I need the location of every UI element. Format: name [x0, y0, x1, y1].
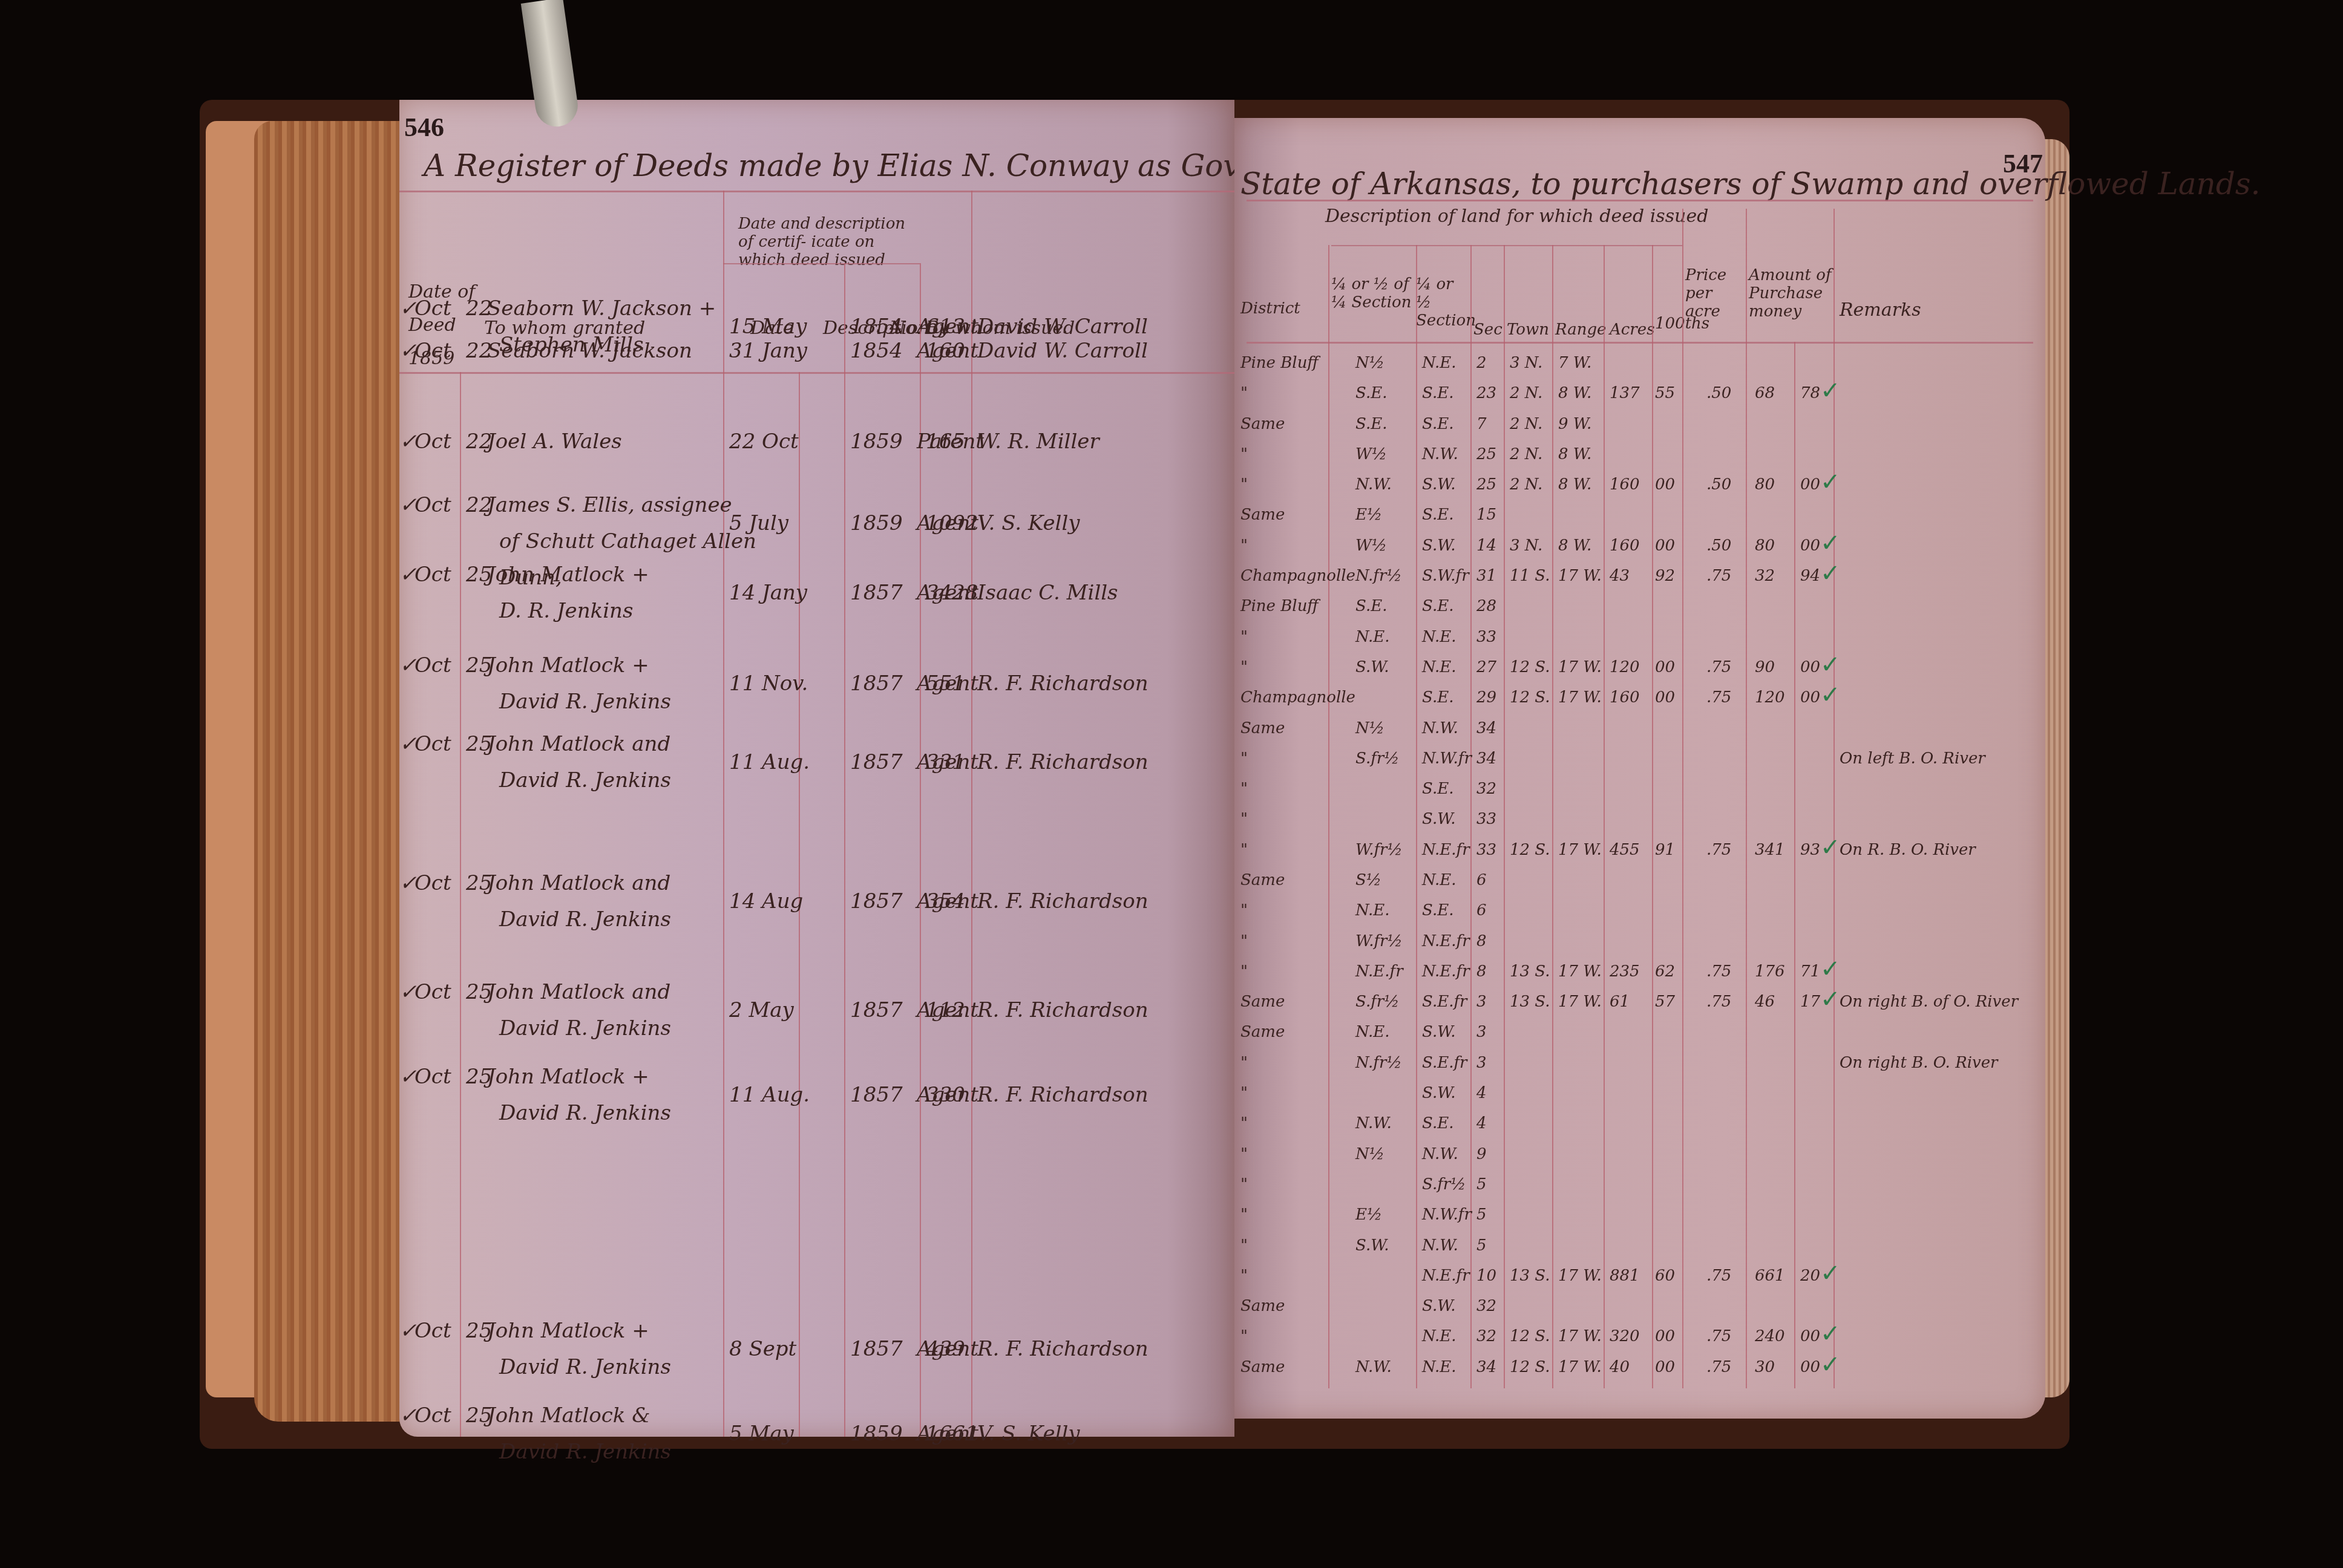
section: 29 — [1476, 688, 1496, 707]
section: 3 — [1476, 993, 1487, 1011]
purchase-amount: 80 — [1755, 537, 1775, 555]
range: 8 W. — [1558, 537, 1591, 555]
cert-date: 14 Jany — [729, 581, 807, 605]
cert-year: 1857 — [850, 581, 903, 605]
price-per-acre: .50 — [1706, 475, 1731, 494]
cert-date: 5 July — [729, 511, 788, 535]
township: 12 S. — [1510, 841, 1550, 859]
green-check-icon: ✓ — [1820, 468, 1841, 496]
title-rule — [1247, 200, 2033, 201]
quarter-of-quarter: S.E. — [1355, 415, 1387, 433]
acres: 160 — [1610, 475, 1640, 494]
cert-year: 1857 — [850, 750, 903, 774]
section: 34 — [1476, 1358, 1496, 1376]
grantee-name: of Schutt Cathaget Allen — [499, 529, 756, 554]
quarter: S.W. — [1422, 537, 1456, 555]
range: 7 W. — [1558, 354, 1591, 372]
acres: 235 — [1610, 962, 1640, 981]
cert-year: 1859 — [850, 511, 903, 535]
quarter: S.W. — [1422, 1297, 1456, 1315]
section: 33 — [1476, 628, 1496, 646]
district: " — [1240, 658, 1248, 676]
cert-number: 613 — [926, 315, 965, 339]
section: 7 — [1476, 415, 1487, 433]
deed-month: Oct — [415, 493, 451, 517]
purchase-amount: 46 — [1755, 993, 1775, 1011]
grantee-name: John Matlock & — [487, 1403, 650, 1428]
cert-date: 31 Jany — [729, 339, 807, 363]
green-check-icon: ✓ — [1820, 560, 1841, 587]
section: 25 — [1476, 475, 1496, 494]
quarter: S.E. — [1422, 1114, 1453, 1132]
cert-number: 354 — [926, 889, 965, 913]
district: Same — [1240, 506, 1285, 524]
township: 12 S. — [1510, 1358, 1550, 1376]
district: " — [1240, 1327, 1248, 1345]
district: " — [1240, 962, 1248, 981]
quarter: N.E.fr — [1422, 1267, 1470, 1285]
quarter: N.E. — [1422, 628, 1457, 646]
range: 17 W. — [1558, 993, 1602, 1011]
section: 34 — [1476, 719, 1496, 737]
header-land-group: Description of land for which deed issue… — [1325, 206, 1708, 227]
range: 17 W. — [1558, 841, 1602, 859]
purchase-cents: 00 — [1800, 658, 1820, 676]
grantee-name: John Matlock + — [487, 1065, 649, 1089]
price-per-acre: .50 — [1706, 384, 1731, 402]
district: Pine Bluff — [1240, 597, 1319, 615]
purchase-cents: 17 — [1800, 993, 1820, 1011]
col-divider — [1416, 245, 1417, 1388]
cert-year: 1857 — [850, 998, 903, 1022]
quarter: N.W.fr — [1422, 750, 1472, 768]
acres: 160 — [1610, 688, 1640, 707]
section: 23 — [1476, 384, 1496, 402]
section: 32 — [1476, 780, 1496, 798]
quarter-of-quarter: N.E. — [1355, 628, 1390, 646]
price-per-acre: .75 — [1706, 1358, 1731, 1376]
header-remarks: Remarks — [1840, 299, 1921, 321]
issued-by: R. F. Richardson — [977, 750, 1149, 774]
district: " — [1240, 384, 1248, 402]
section: 32 — [1476, 1297, 1496, 1315]
quarter-of-quarter: E½ — [1355, 1206, 1382, 1224]
grantee-name: Joel A. Wales — [487, 430, 622, 454]
quarter: S.W. — [1422, 1084, 1456, 1102]
quarter-of-quarter: S.E. — [1355, 597, 1387, 615]
quarter: S.E. — [1422, 384, 1453, 402]
header-rule — [399, 372, 1234, 374]
district: Champagnolle — [1240, 567, 1355, 585]
page-number-left: 546 — [404, 112, 444, 143]
quarter-of-quarter: N½ — [1355, 1145, 1384, 1163]
col-divider — [723, 191, 724, 1437]
range: 17 W. — [1558, 1327, 1602, 1345]
district: " — [1240, 1114, 1248, 1132]
quarter: S.E.fr — [1422, 1054, 1467, 1072]
cert-date: 11 Nov. — [729, 671, 808, 696]
district: " — [1240, 750, 1248, 768]
cert-year: 1857 — [850, 671, 903, 696]
header-town: Town — [1507, 321, 1549, 339]
issued-by: V. S. Kelly — [977, 511, 1080, 535]
green-check-icon: ✓ — [1820, 1259, 1841, 1287]
cert-year: 1857 — [850, 1337, 903, 1361]
district: " — [1240, 1054, 1248, 1072]
acres: 160 — [1610, 537, 1640, 555]
quarter: S.E. — [1422, 415, 1453, 433]
quarter: N.W. — [1422, 719, 1458, 737]
price-per-acre: .75 — [1706, 567, 1731, 585]
quarter-of-quarter: S½ — [1355, 871, 1381, 889]
quarter-of-quarter: N.W. — [1355, 1358, 1392, 1376]
range: 8 W. — [1558, 475, 1591, 494]
quarter: S.W.fr — [1422, 567, 1469, 585]
section: 8 — [1476, 962, 1487, 981]
land-group-rule — [1331, 245, 1682, 246]
remarks: On R. B. O. River — [1840, 841, 1976, 859]
header-acres: Acres — [1610, 321, 1655, 339]
township: 2 N. — [1510, 445, 1542, 463]
col-divider — [1328, 245, 1329, 1388]
col-divider — [1794, 342, 1795, 1388]
col-divider — [971, 191, 972, 1437]
range: 17 W. — [1558, 1267, 1602, 1285]
grantee-name: David R. Jenkins — [499, 690, 671, 714]
section: 34 — [1476, 750, 1496, 768]
range: 17 W. — [1558, 567, 1602, 585]
deed-month: Oct — [415, 430, 451, 454]
quarter-of-quarter: N½ — [1355, 719, 1384, 737]
quarter: S.E. — [1422, 780, 1453, 798]
section: 15 — [1476, 506, 1496, 524]
issued-by: Isaac C. Mills — [977, 581, 1118, 605]
quarter-of-quarter: E½ — [1355, 506, 1382, 524]
quarter-of-quarter: N.fr½ — [1355, 1054, 1402, 1072]
col-divider — [1652, 245, 1653, 1388]
district: " — [1240, 1267, 1248, 1285]
cert-number: 439 — [926, 1337, 965, 1361]
acres: 455 — [1610, 841, 1640, 859]
section: 6 — [1476, 901, 1487, 920]
township: 3 N. — [1510, 354, 1542, 372]
district: " — [1240, 537, 1248, 555]
cert-number: 165 — [926, 430, 965, 454]
section: 9 — [1476, 1145, 1487, 1163]
purchase-amount: 176 — [1755, 962, 1785, 981]
cert-date: 8 Sept — [729, 1337, 796, 1361]
purchase-cents: 93 — [1800, 841, 1820, 859]
quarter: S.fr½ — [1422, 1175, 1466, 1194]
acres: 43 — [1610, 567, 1630, 585]
township: 12 S. — [1510, 658, 1550, 676]
cert-date: 15 May — [729, 315, 807, 339]
quarter-of-quarter: S.W. — [1355, 658, 1389, 676]
section: 27 — [1476, 658, 1496, 676]
acres-hundredths: 92 — [1655, 567, 1675, 585]
acres: 120 — [1610, 658, 1640, 676]
acres: 137 — [1610, 384, 1640, 402]
grantee-name: David R. Jenkins — [499, 1355, 671, 1379]
section: 32 — [1476, 1327, 1496, 1345]
acres-hundredths: 00 — [1655, 475, 1675, 494]
header-rule — [1247, 342, 2033, 344]
acres-hundredths: 62 — [1655, 962, 1675, 981]
cert-number: 1092 — [926, 511, 978, 535]
deed-month: Oct — [415, 1403, 451, 1428]
section: 4 — [1476, 1114, 1487, 1132]
grantee-name: James S. Ellis, assignee — [487, 493, 732, 517]
grantee-name: David R. Jenkins — [499, 1016, 671, 1040]
district: " — [1240, 1084, 1248, 1102]
grantee-name: David R. Jenkins — [499, 1440, 671, 1464]
section: 5 — [1476, 1175, 1487, 1194]
cert-number: 112 — [926, 998, 965, 1022]
price-per-acre: .75 — [1706, 688, 1731, 707]
deed-month: Oct — [415, 732, 451, 756]
district: " — [1240, 810, 1248, 828]
col-divider — [1682, 209, 1683, 1388]
range: 8 W. — [1558, 384, 1591, 402]
green-check-icon: ✓ — [1820, 955, 1841, 983]
price-per-acre: .75 — [1706, 841, 1731, 859]
quarter: N.E. — [1422, 1358, 1457, 1376]
header-quarter-of-quarter: ¼ or ½ of ¼ Section — [1331, 275, 1416, 312]
quarter-of-quarter: N½ — [1355, 354, 1384, 372]
purchase-amount: 661 — [1755, 1267, 1785, 1285]
purchase-amount: 80 — [1755, 475, 1775, 494]
district: " — [1240, 1206, 1248, 1224]
cert-year: 1859 — [850, 430, 903, 454]
purchase-amount: 120 — [1755, 688, 1785, 707]
section: 8 — [1476, 932, 1487, 950]
township: 2 N. — [1510, 415, 1542, 433]
green-check-icon: ✓ — [1820, 651, 1841, 679]
remarks: On left B. O. River — [1840, 750, 1985, 768]
district: Pine Bluff — [1240, 354, 1319, 372]
acres-hundredths: 91 — [1655, 841, 1675, 859]
section: 3 — [1476, 1054, 1487, 1072]
issued-by: David W. Carroll — [977, 315, 1148, 339]
quarter: N.E.fr — [1422, 962, 1470, 981]
purchase-cents: 00 — [1800, 1327, 1820, 1345]
col-divider — [844, 263, 845, 1437]
section: 33 — [1476, 841, 1496, 859]
district: " — [1240, 841, 1248, 859]
cert-number: 551 — [926, 671, 965, 696]
section: 3 — [1476, 1023, 1487, 1041]
quarter-of-quarter: W.fr½ — [1355, 932, 1403, 950]
quarter: N.E. — [1422, 354, 1457, 372]
purchase-amount: 90 — [1755, 658, 1775, 676]
price-per-acre: .75 — [1706, 1327, 1731, 1345]
section: 31 — [1476, 567, 1496, 585]
deed-month: Oct — [415, 653, 451, 678]
acres-hundredths: 00 — [1655, 688, 1675, 707]
district: Same — [1240, 415, 1285, 433]
quarter: N.E.fr — [1422, 841, 1470, 859]
district: Champagnolle — [1240, 688, 1355, 707]
acres: 320 — [1610, 1327, 1640, 1345]
issued-by: W. R. Miller — [977, 430, 1099, 454]
cert-number: 331 — [926, 750, 965, 774]
grantee-name: D. R. Jenkins — [499, 599, 633, 623]
cert-year: 1859 — [850, 1422, 903, 1446]
quarter-of-quarter: S.fr½ — [1355, 993, 1399, 1011]
cert-year: 1854 — [850, 339, 903, 363]
green-check-icon: ✓ — [1820, 377, 1841, 405]
section: 33 — [1476, 810, 1496, 828]
purchase-cents: 00 — [1800, 537, 1820, 555]
section: 14 — [1476, 537, 1496, 555]
township: 3 N. — [1510, 537, 1542, 555]
green-check-icon: ✓ — [1820, 985, 1841, 1013]
township: 13 S. — [1510, 1267, 1550, 1285]
quarter-of-quarter: N.E. — [1355, 1023, 1390, 1041]
acres: 881 — [1610, 1267, 1640, 1285]
page-stack — [254, 121, 405, 1422]
header-cert-group: Date and description of certif- icate on… — [738, 215, 920, 269]
district: " — [1240, 780, 1248, 798]
district: Same — [1240, 1358, 1285, 1376]
quarter: N.E. — [1422, 658, 1457, 676]
quarter-of-quarter: S.E. — [1355, 384, 1387, 402]
cert-date: 11 Aug. — [729, 1083, 810, 1107]
quarter-of-quarter: N.E. — [1355, 901, 1390, 920]
deed-month: Oct — [415, 980, 451, 1004]
issued-by: R. F. Richardson — [977, 1083, 1149, 1107]
deed-month: Oct — [415, 563, 451, 587]
issued-by: R. F. Richardson — [977, 998, 1149, 1022]
quarter: S.W. — [1422, 1023, 1456, 1041]
cert-number: 160 — [926, 339, 965, 363]
purchase-amount: 68 — [1755, 384, 1775, 402]
quarter: S.E.fr — [1422, 993, 1467, 1011]
purchase-amount: 341 — [1755, 841, 1785, 859]
col-divider — [1604, 245, 1605, 1388]
quarter: S.E. — [1422, 688, 1453, 707]
cert-date: 5 May — [729, 1422, 794, 1446]
section: 10 — [1476, 1267, 1496, 1285]
left-page: 546 A Register of Deeds made by Elias N.… — [399, 100, 1234, 1437]
purchase-cents: 78 — [1800, 384, 1820, 402]
green-check-icon: ✓ — [1820, 1351, 1841, 1379]
acres-hundredths: 57 — [1655, 993, 1675, 1011]
district: " — [1240, 445, 1248, 463]
cert-date: 11 Aug. — [729, 750, 810, 774]
deed-month: Oct — [415, 871, 451, 895]
quarter-of-quarter: N.W. — [1355, 475, 1392, 494]
quarter: N.W. — [1422, 445, 1458, 463]
right-page: 547 State of Arkansas, to purchasers of … — [1234, 118, 2045, 1419]
purchase-amount: 30 — [1755, 1358, 1775, 1376]
range: 17 W. — [1558, 688, 1602, 707]
grantee-name: Seaborn W. Jackson — [487, 339, 692, 363]
range: 9 W. — [1558, 415, 1591, 433]
acres-hundredths: 00 — [1655, 537, 1675, 555]
district: " — [1240, 628, 1248, 646]
grantee-name: John Matlock + — [487, 1319, 649, 1343]
purchase-cents: 94 — [1800, 567, 1820, 585]
district: Same — [1240, 1297, 1285, 1315]
header-price: Price per acre — [1685, 266, 1746, 321]
district: " — [1240, 1175, 1248, 1194]
price-per-acre: .75 — [1706, 993, 1731, 1011]
green-check-icon: ✓ — [1820, 1320, 1841, 1348]
grantee-name: John Matlock and — [487, 980, 670, 1004]
grantee-name: John Matlock and — [487, 871, 670, 895]
grantee-name: John Matlock + — [487, 563, 649, 587]
green-check-icon: ✓ — [1820, 834, 1841, 861]
district: Same — [1240, 719, 1285, 737]
grantee-name: Seaborn W. Jackson + — [487, 296, 716, 321]
quarter-of-quarter: N.fr½ — [1355, 567, 1402, 585]
district: " — [1240, 1236, 1248, 1255]
purchase-amount: 32 — [1755, 567, 1775, 585]
header-amount: Amount of Purchase money — [1749, 266, 1833, 321]
township: 11 S. — [1510, 567, 1550, 585]
grantee-name: David R. Jenkins — [499, 768, 671, 792]
col-divider — [1552, 245, 1553, 1388]
price-per-acre: .75 — [1706, 658, 1731, 676]
range: 17 W. — [1558, 1358, 1602, 1376]
price-per-acre: .50 — [1706, 537, 1731, 555]
purchase-cents: 00 — [1800, 1358, 1820, 1376]
grantee-name: David R. Jenkins — [499, 907, 671, 932]
header-district: District — [1240, 299, 1300, 318]
quarter: N.E.fr — [1422, 932, 1470, 950]
district: Same — [1240, 1023, 1285, 1041]
section: 5 — [1476, 1236, 1487, 1255]
purchase-cents: 00 — [1800, 688, 1820, 707]
col-divider — [1746, 209, 1747, 1388]
section: 6 — [1476, 871, 1487, 889]
township: 2 N. — [1510, 475, 1542, 494]
remarks: On right B. O. River — [1840, 1054, 1998, 1072]
quarter: S.W. — [1422, 810, 1456, 828]
quarter-of-quarter: S.W. — [1355, 1236, 1389, 1255]
district: " — [1240, 932, 1248, 950]
grantee-name: John Matlock + — [487, 653, 649, 678]
cert-number: 1661 — [926, 1422, 978, 1446]
issued-by: R. F. Richardson — [977, 889, 1149, 913]
township: 12 S. — [1510, 688, 1550, 707]
quarter: N.W. — [1422, 1236, 1458, 1255]
purchase-amount: 240 — [1755, 1327, 1785, 1345]
district: " — [1240, 901, 1248, 920]
header-sec: Sec — [1473, 321, 1502, 339]
grantee-name: John Matlock and — [487, 732, 670, 756]
price-per-acre: .75 — [1706, 1267, 1731, 1285]
range: 17 W. — [1558, 658, 1602, 676]
grantee-name: David R. Jenkins — [499, 1101, 671, 1125]
quarter-of-quarter: W.fr½ — [1355, 841, 1403, 859]
issued-by: R. F. Richardson — [977, 1337, 1149, 1361]
deed-month: Oct — [415, 1319, 451, 1343]
quarter-of-quarter: W½ — [1355, 537, 1387, 555]
quarter: S.E. — [1422, 901, 1453, 920]
acres-hundredths: 55 — [1655, 384, 1675, 402]
section: 25 — [1476, 445, 1496, 463]
township: 12 S. — [1510, 1327, 1550, 1345]
cert-year: 1857 — [850, 1083, 903, 1107]
section: 2 — [1476, 354, 1487, 372]
cert-date: 22 Oct — [729, 430, 799, 454]
district: Same — [1240, 871, 1285, 889]
quarter: S.W. — [1422, 475, 1456, 494]
deed-month: Oct — [415, 296, 451, 321]
quarter-of-quarter: W½ — [1355, 445, 1387, 463]
